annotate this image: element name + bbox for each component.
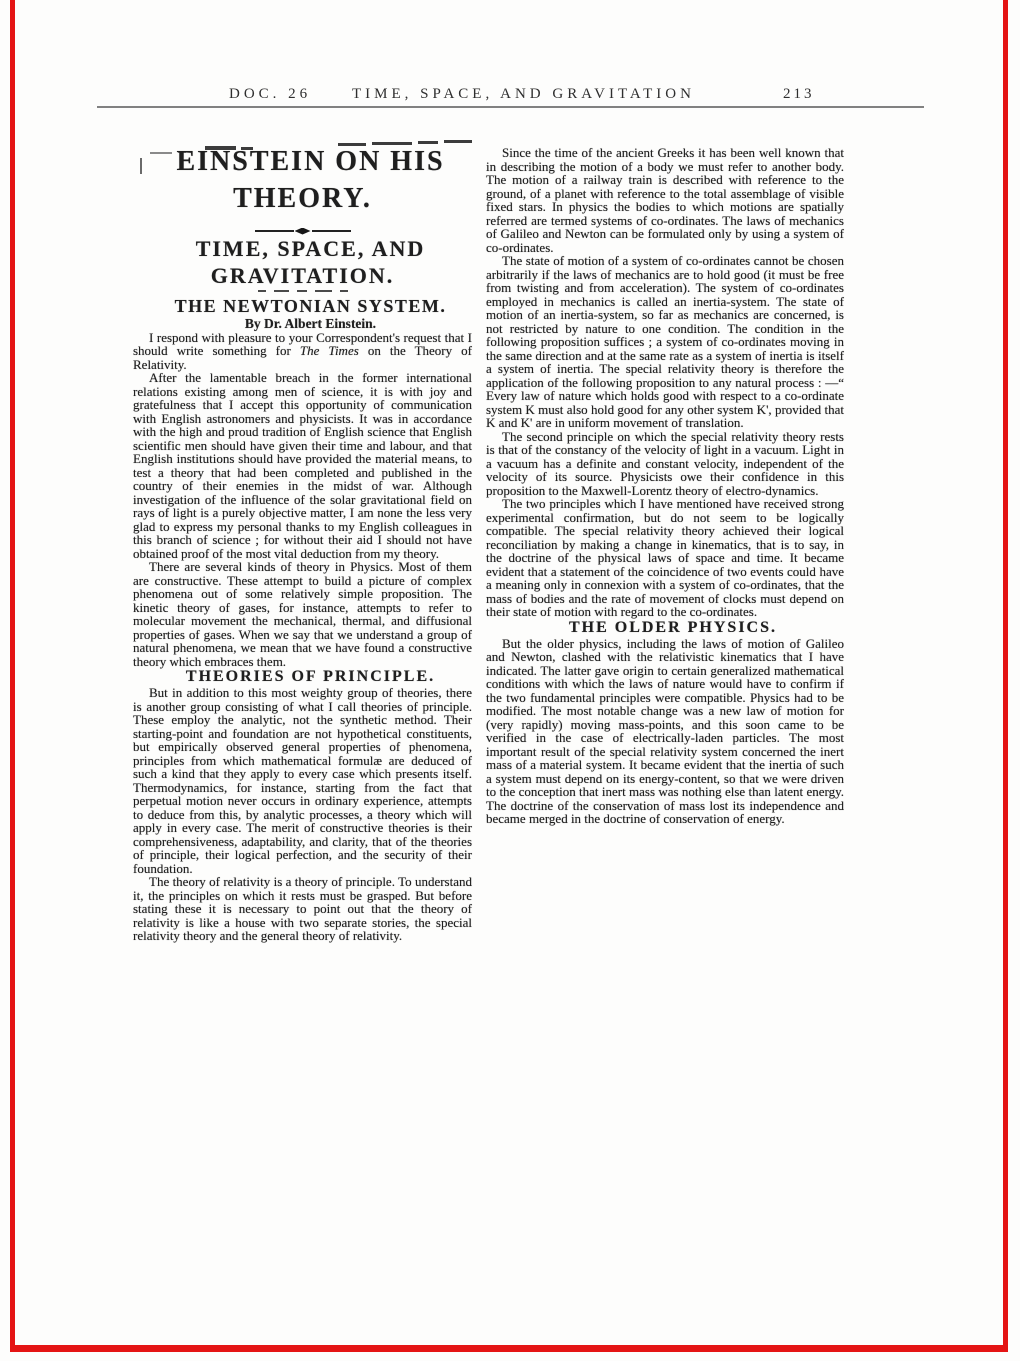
section-title: THE NEWTONIAN SYSTEM. (133, 295, 472, 317)
left-column: EINSTEIN ON HIS THEORY. TIME, SPACE, AND… (133, 143, 472, 943)
paragraph: The state of motion of a system of co-or… (486, 254, 844, 430)
paragraph: The second principle on which the specia… (486, 430, 844, 498)
subheading-the-older-physics: THE OLDER PHYSICS. (486, 619, 844, 637)
paragraph: Since the time of the ancient Greeks it … (486, 146, 844, 254)
paragraph: There are several kinds of theory in Phy… (133, 560, 472, 668)
paragraph: After the lamentable breach in the forme… (133, 371, 472, 560)
subheading-theories-of-principle: THEORIES OF PRINCIPLE. (133, 668, 472, 686)
paragraph: The theory of relativity is a theory of … (133, 875, 472, 943)
scanned-book-page: DOC. 26 TIME, SPACE, AND GRAVITATION 213… (0, 0, 1020, 1361)
running-head-title: TIME, SPACE, AND GRAVITATION (352, 86, 695, 103)
header-rule (97, 106, 924, 108)
page-edge-marker-left (10, 0, 15, 1352)
article-title: EINSTEIN ON HIS THEORY. (133, 143, 472, 217)
page-number: 213 (783, 86, 815, 103)
paragraph: The two principles which I have mentione… (486, 497, 844, 619)
paragraph: But in addition to this most weighty gro… (133, 686, 472, 875)
doc-number: DOC. 26 (229, 86, 311, 103)
paragraph: I respond with pleasure to your Correspo… (133, 331, 472, 372)
diamond-divider-icon (255, 227, 351, 235)
article-subtitle: TIME, SPACE, AND GRAVITATION. (133, 235, 472, 289)
page-edge-marker-bottom (10, 1345, 1008, 1352)
byline: By Dr. Albert Einstein. (133, 317, 472, 331)
paragraph: But the older physics, including the law… (486, 637, 844, 826)
page-edge-marker-right (1003, 0, 1008, 1352)
right-column: Since the time of the ancient Greeks it … (486, 146, 844, 826)
